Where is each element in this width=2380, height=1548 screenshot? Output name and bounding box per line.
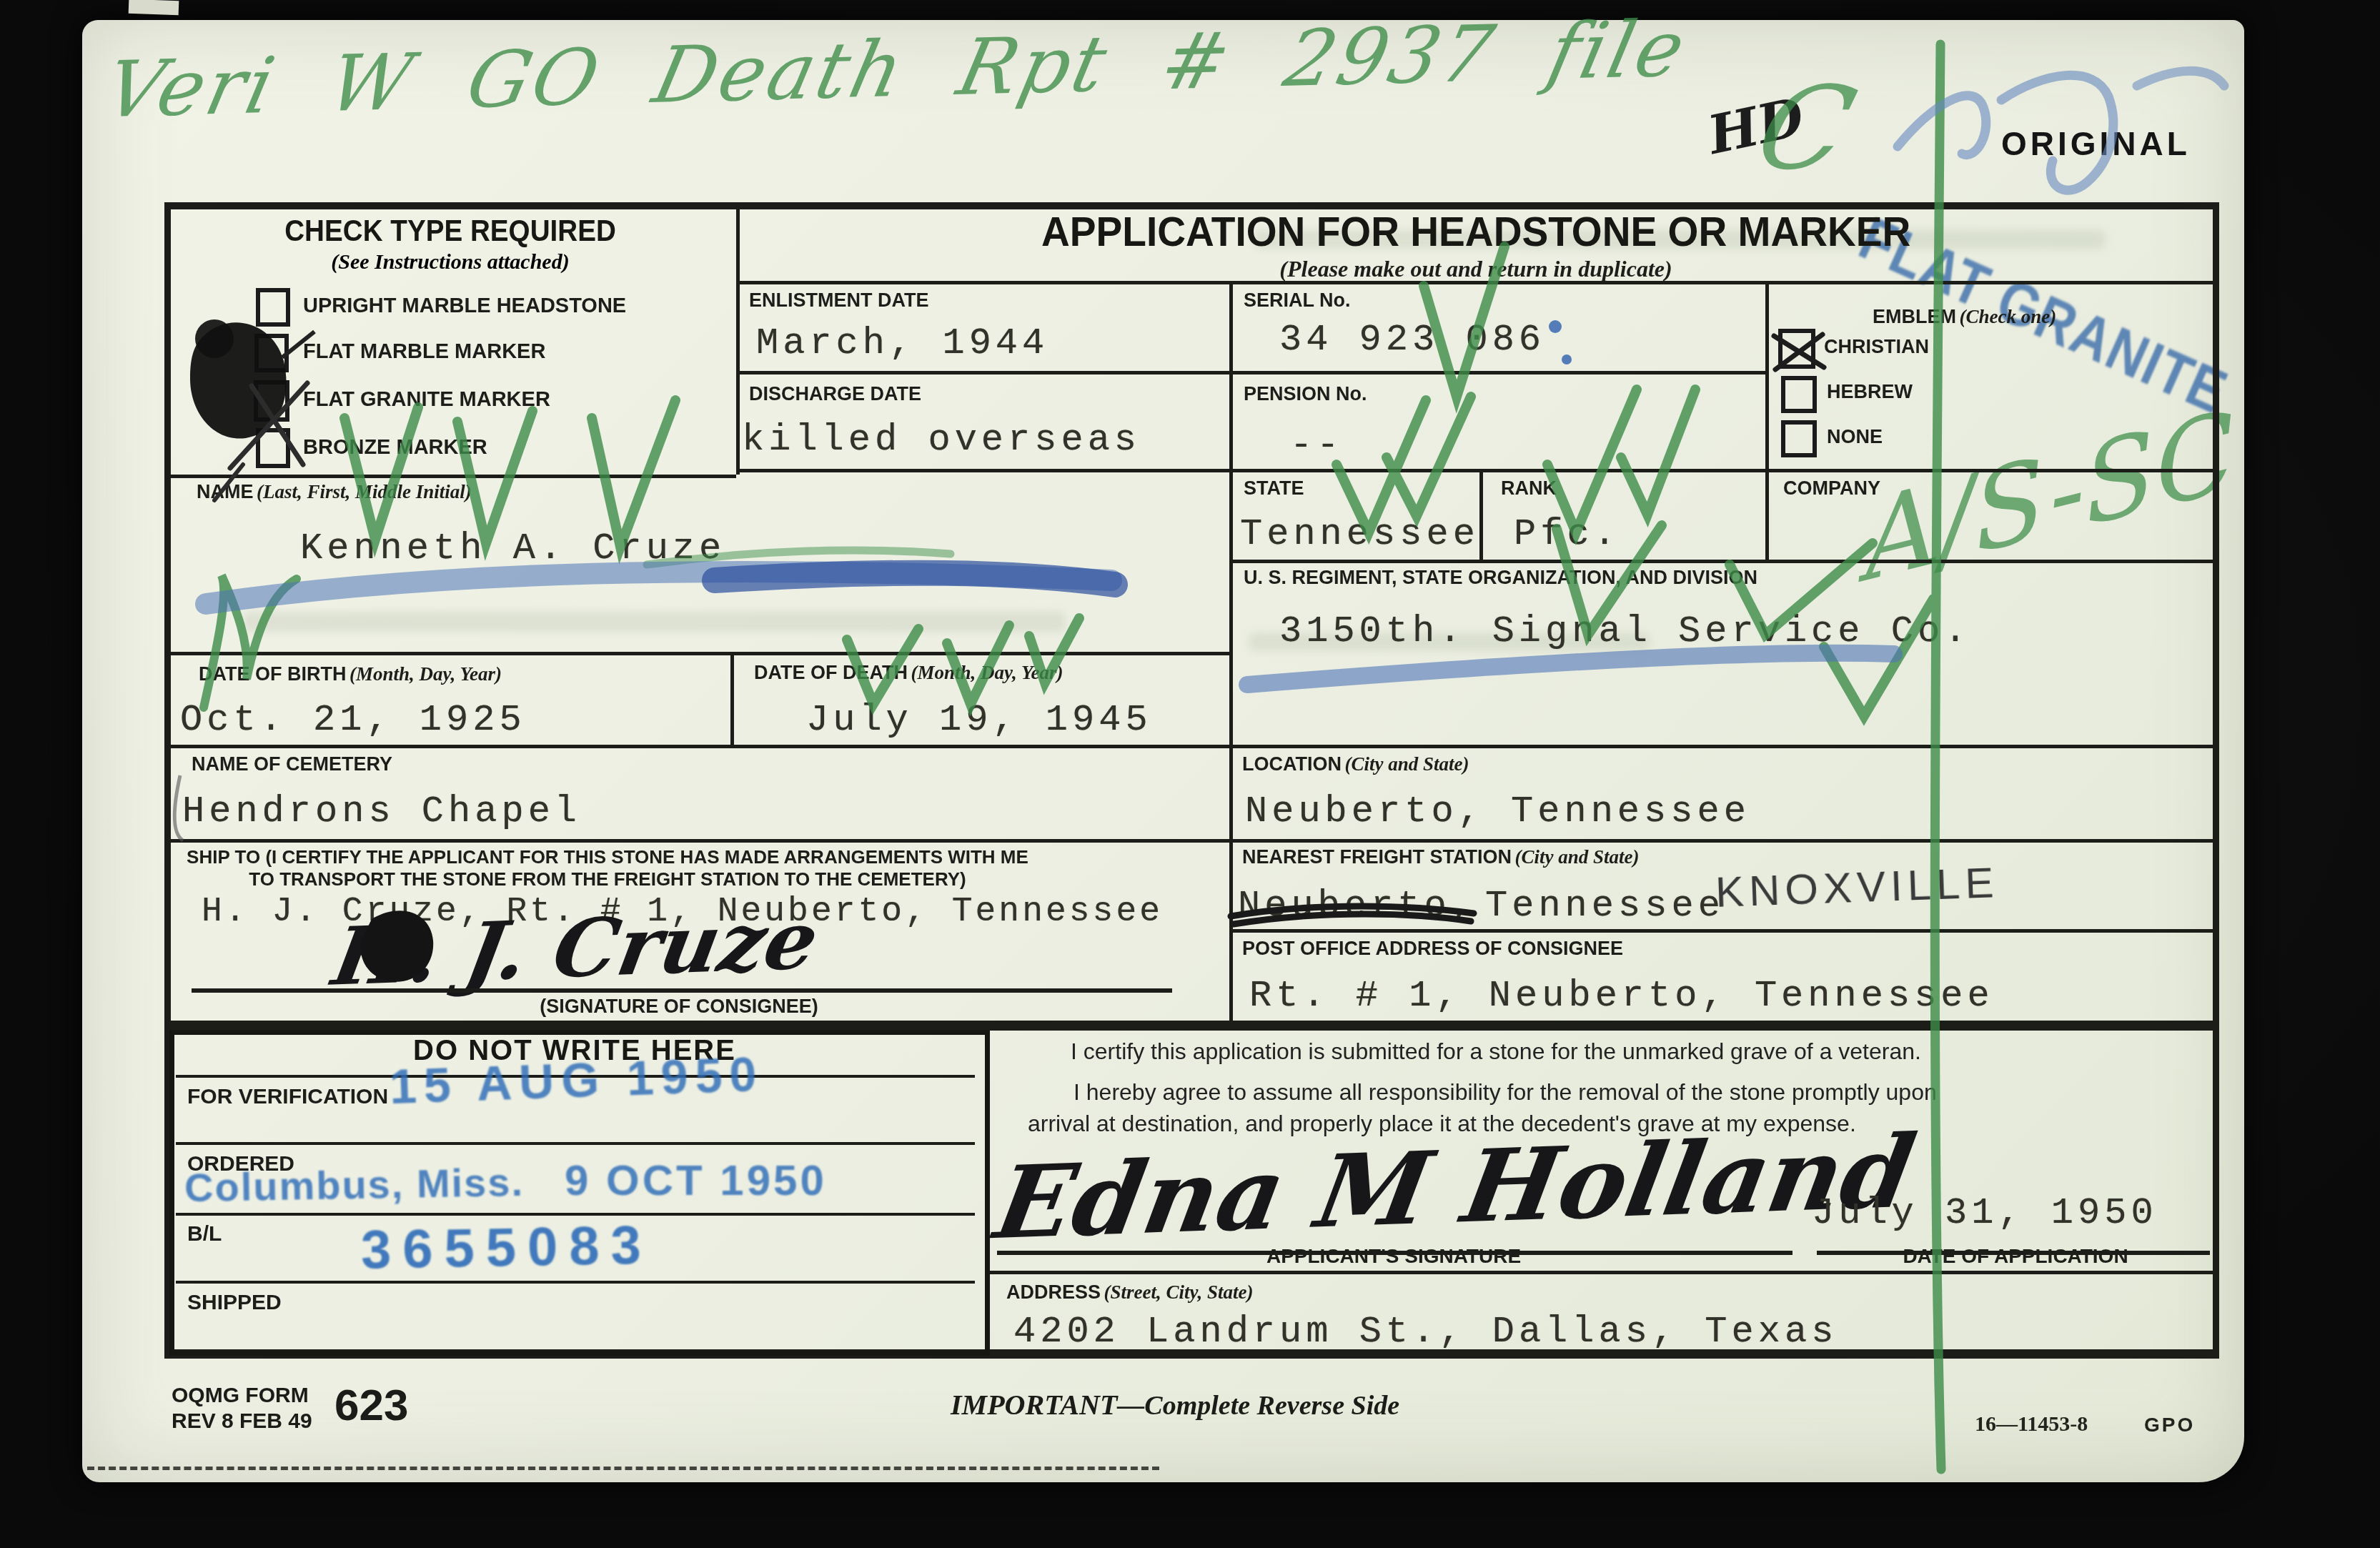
form-title-wrap: APPLICATION FOR HEADSTONE OR MARKER (786, 212, 2166, 253)
form-number: 623 (334, 1384, 408, 1428)
torn-paper-edge (129, 0, 179, 15)
form-border-right (2213, 202, 2219, 1359)
state-label: STATE (1244, 477, 1304, 500)
bl-label: B/L (187, 1222, 222, 1247)
cemetery-value: Hendrons Chapel (182, 793, 581, 830)
checkbox-bronze[interactable] (256, 428, 290, 468)
checkbox-hebrew[interactable] (1781, 376, 1817, 413)
checkbox-label-upright-marble: UPRIGHT MARBLE HEADSTONE (303, 294, 626, 318)
bl-number-stamp: 3655083 (360, 1218, 653, 1277)
checkbox-label-christian: CHRISTIAN (1824, 336, 1929, 358)
important-note-wrap: IMPORTANT—Complete Reverse Side (951, 1391, 1399, 1419)
dod-label-wrap: DATE OF DEATH (Month, Day, Year) (754, 662, 1063, 684)
po-address-value: Rt. # 1, Neuberto, Tennessee (1249, 978, 1994, 1015)
freight-struck-value: Neuberto, (1238, 888, 1477, 925)
state-value: Tennessee (1240, 516, 1479, 553)
dod-value: July 19, 1945 (806, 702, 1152, 739)
location-label: LOCATION (1242, 753, 1342, 775)
emblem-label-wrap: EMBLEM (Check one) (1873, 306, 2056, 328)
discharge-label: DISCHARGE DATE (749, 383, 921, 405)
dod-label: DATE OF DEATH (754, 662, 908, 683)
address-value: 4202 Landrum St., Dallas, Texas (1013, 1314, 1838, 1351)
pension-value: -- (1290, 427, 1343, 465)
enlistment-label: ENLISTMENT DATE (749, 289, 929, 312)
checkbox-upright-marble[interactable] (256, 288, 290, 327)
applicant-signature: Edna M Holland (988, 1122, 1921, 1254)
address-label: ADDRESS (1006, 1281, 1101, 1303)
application-date-label: DATE OF APPLICATION (1830, 1245, 2201, 1268)
location-label-wrap: LOCATION (City and State) (1242, 753, 1469, 775)
name-value: Kenneth A. Cruze (300, 530, 725, 567)
dob-value: Oct. 21, 1925 (180, 702, 526, 739)
company-label: COMPANY (1783, 477, 1880, 500)
checkbox-none[interactable] (1781, 420, 1817, 457)
freight-label-wrap: NEAREST FREIGHT STATION (City and State) (1242, 846, 1639, 868)
discharge-value: killed overseas (742, 422, 1141, 459)
applicant-signature-label: APPLICANT'S SIGNATURE (1072, 1245, 1715, 1268)
freight-value: Tennessee (1485, 888, 1725, 925)
emblem-label: EMBLEM (1873, 306, 1956, 327)
print-code: 16—11453-8 (1975, 1414, 2088, 1435)
freight-label: NEAREST FREIGHT STATION (1242, 846, 1512, 868)
location-qualifier: (City and State) (1344, 753, 1469, 775)
check-type-title-wrap: CHECK TYPE REQUIRED (200, 216, 700, 246)
checkbox-label-flat-marble: FLAT MARBLE MARKER (303, 340, 545, 364)
shipped-label: SHIPPED (187, 1291, 282, 1316)
dod-qualifier: (Month, Day, Year) (911, 662, 1063, 683)
pension-label: PENSION No. (1244, 383, 1367, 405)
application-date-value: July 31, 1950 (1812, 1195, 2158, 1232)
form-title: APPLICATION FOR HEADSTONE OR MARKER (1041, 212, 1910, 253)
copy-label: ORIGINAL (2001, 127, 2191, 160)
dob-label-wrap: DATE OF BIRTH (Month, Day, Year) (199, 663, 502, 685)
check-type-title: CHECK TYPE REQUIRED (284, 216, 616, 246)
certification-para2a: I hereby agree to assume all responsibil… (1074, 1081, 1937, 1103)
verification-label: FOR VERIFICATION (187, 1085, 388, 1110)
consignee-signature-label: (SIGNATURE OF CONSIGNEE) (357, 996, 1001, 1018)
location-value: Neuberto, Tennessee (1245, 793, 1750, 830)
perforation-line (87, 1467, 1159, 1470)
address-label-wrap: ADDRESS (Street, City, State) (1006, 1281, 1253, 1304)
important-rest: —Complete Reverse Side (1117, 1391, 1399, 1421)
regiment-value: 3150th. Signal Service Co. (1279, 613, 1970, 650)
ordered-date-stamp: 9 OCT 1950 (565, 1159, 827, 1202)
form-subtitle: (Please make out and return in duplicate… (786, 257, 2166, 280)
dob-qualifier: (Month, Day, Year) (349, 663, 502, 685)
name-qualifier: (Last, First, Middle Initial) (257, 481, 472, 502)
checkbox-label-bronze: BRONZE MARKER (303, 436, 487, 460)
checkbox-label-hebrew: HEBREW (1827, 381, 1913, 403)
checkbox-christian[interactable] (1778, 329, 1815, 369)
checkbox-label-none: NONE (1827, 426, 1883, 448)
gpo-label: GPO (2144, 1415, 2195, 1435)
show-through-strip (243, 612, 1065, 632)
dob-label: DATE OF BIRTH (199, 663, 346, 685)
serial-value: 34 923 086 (1279, 322, 1545, 359)
emblem-qualifier: (Check one) (1959, 306, 2056, 327)
serial-label: SERIAL No. (1244, 289, 1351, 312)
rank-value: Pfc. (1514, 516, 1620, 553)
freight-handwritten-value: KNOXVILLE (1715, 861, 1999, 914)
checkbox-flat-marble[interactable] (254, 334, 289, 372)
rank-label: RANK (1501, 477, 1557, 500)
enlistment-value: March, 1944 (756, 325, 1048, 362)
consignee-signature: H. J. Cruze (327, 900, 824, 997)
form-id-line1: OQMG FORM (172, 1384, 309, 1407)
ordered-place-stamp: Columbus, Miss. (184, 1162, 525, 1208)
form-id-line2: REV 8 FEB 49 (172, 1409, 312, 1433)
regiment-label: U. S. REGIMENT, STATE ORGANIZATION, AND … (1244, 567, 1757, 589)
po-address-label: POST OFFICE ADDRESS OF CONSIGNEE (1242, 938, 1623, 960)
important-bold: IMPORTANT (951, 1389, 1117, 1421)
freight-qualifier: (City and State) (1514, 846, 1639, 868)
name-label-wrap: NAME (Last, First, Middle Initial) (197, 481, 472, 503)
scanned-form-page: Veri W GO Death Rpt # 2937 file HD C ORI… (0, 0, 2380, 1548)
cemetery-label: NAME OF CEMETERY (192, 753, 392, 775)
address-qualifier: (Street, City, State) (1104, 1281, 1253, 1303)
certification-para1: I certify this application is submitted … (1071, 1040, 1921, 1063)
checkbox-label-flat-granite: FLAT GRANITE MARKER (303, 388, 550, 412)
name-label: NAME (197, 481, 254, 502)
check-type-subtitle: (See Instructions attached) (200, 252, 700, 273)
ship-to-label: SHIP TO (I CERTIFY THE APPLICANT FOR THI… (175, 846, 1040, 890)
verification-date-stamp: 15 AUG 1950 (389, 1050, 764, 1111)
checkbox-flat-granite[interactable] (254, 380, 289, 422)
